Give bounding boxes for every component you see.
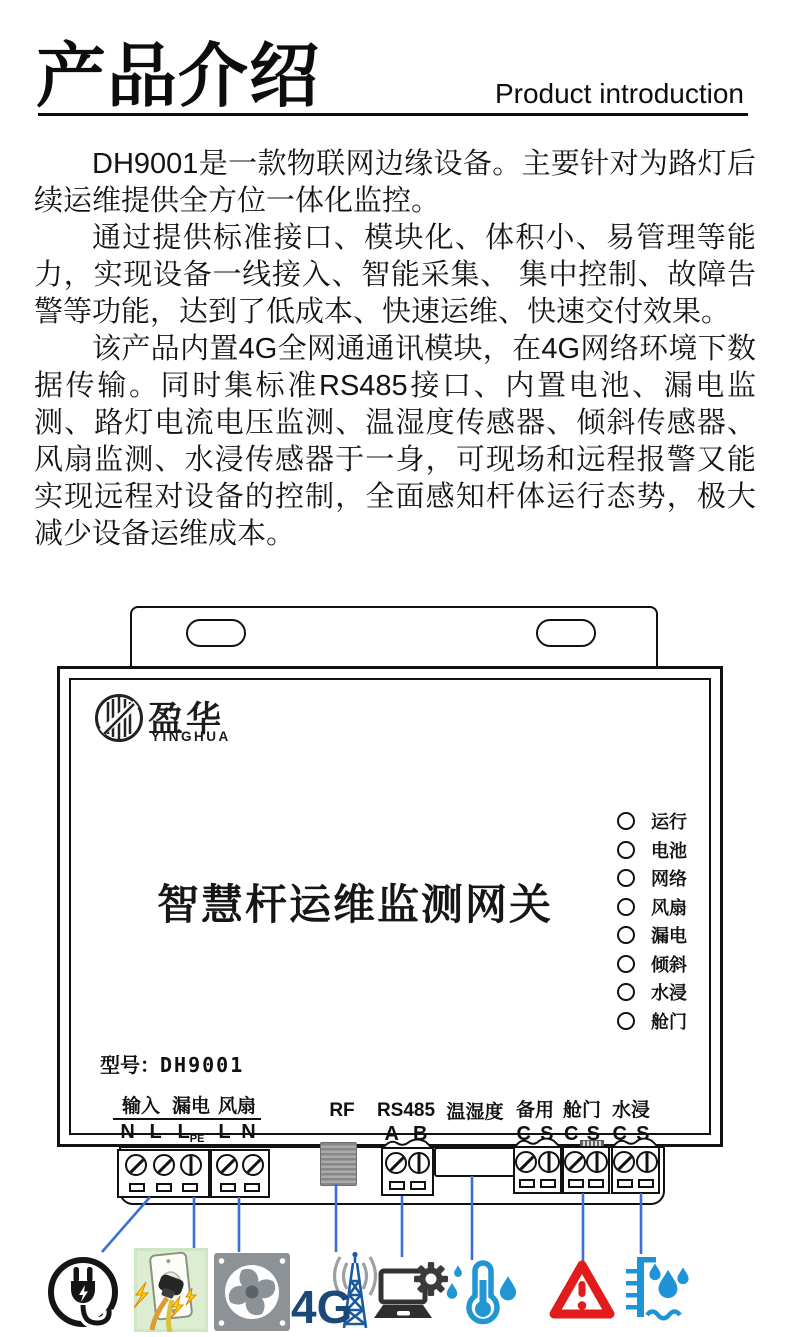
led-row: 运行 — [617, 812, 687, 830]
port-label: RF — [324, 1100, 360, 1122]
led-row: 漏电 — [617, 926, 687, 944]
led-row: 倾斜 — [617, 955, 687, 973]
brand-logo-icon — [94, 690, 144, 748]
water-drops — [649, 1263, 688, 1298]
led-indicator — [617, 841, 635, 859]
level-ruler — [626, 1257, 656, 1317]
led-indicator — [617, 955, 635, 973]
port-label: RS485 — [376, 1100, 436, 1122]
led-label: 漏电 — [651, 922, 687, 948]
port-label: 舱门 — [560, 1100, 604, 1122]
intro-paragraph: DH9001是一款物联网边缘设备。主要针对为路灯后续运维提供全方位一体化监控。 — [34, 146, 756, 220]
bracket-slot — [536, 619, 596, 647]
intro-paragraph: 该产品内置4G全网通通讯模块，在4G网络环境下数据传输。同时集标准RS485接口… — [34, 331, 756, 553]
port-label: 输入 — [113, 1096, 169, 1120]
port-group-input: 输入 N L — [113, 1096, 169, 1143]
water-level-icon — [622, 1254, 692, 1324]
title-divider — [38, 113, 748, 116]
fan-icon — [214, 1253, 290, 1331]
port-group-rf: RF — [324, 1100, 360, 1122]
wire-line — [102, 1197, 150, 1252]
page-title: 产品介绍 — [36, 20, 320, 121]
4g-text: 4G — [291, 1281, 352, 1330]
model-label: 型号： — [100, 1055, 160, 1077]
port-label: 备用 — [512, 1100, 558, 1122]
model-number: 型号：DH9001 — [100, 1049, 244, 1078]
intro-text: DH9001是一款物联网边缘设备。主要针对为路灯后续运维提供全方位一体化监控。 … — [34, 146, 756, 553]
led-indicator-column: 运行 电池 网络 风扇 漏电 倾斜 水浸 舱门 — [617, 812, 687, 1030]
bracket-slot — [186, 619, 246, 647]
laptop-gear-icon — [374, 1258, 452, 1330]
water-wave — [647, 1312, 680, 1319]
warning-triangle-icon — [548, 1258, 616, 1324]
gear — [414, 1262, 448, 1296]
port-group-temp-humidity: 温湿度 — [443, 1102, 507, 1124]
power-plug-icon — [46, 1252, 122, 1332]
led-label: 网络 — [651, 865, 687, 891]
led-row: 风扇 — [617, 898, 687, 916]
led-indicator — [617, 983, 635, 1001]
led-row: 网络 — [617, 869, 687, 887]
led-row: 水浸 — [617, 983, 687, 1001]
port-group-leakage: 漏电 LPE — [167, 1096, 215, 1146]
port-label: 水浸 — [608, 1100, 654, 1122]
model-value: DH9001 — [160, 1053, 244, 1077]
led-label: 舱门 — [651, 1008, 687, 1034]
led-indicator — [617, 812, 635, 830]
led-label: 倾斜 — [651, 951, 687, 977]
port-group-fan: 风扇 L N — [213, 1096, 261, 1143]
intro-paragraph: 通过提供标准接口、模块化、体积小、易管理等能力，实现设备一线接入、智能采集、 集… — [34, 220, 756, 331]
led-indicator — [617, 1012, 635, 1030]
led-row: 舱门 — [617, 1012, 687, 1030]
led-label: 水浸 — [651, 979, 687, 1005]
port-group-door: 舱门 C S — [560, 1100, 604, 1145]
4g-antenna-icon: 4G — [291, 1250, 383, 1330]
led-indicator — [617, 869, 635, 887]
product-name: 智慧杆运维监测网关 — [120, 872, 590, 932]
port-label: 漏电 — [167, 1096, 215, 1120]
led-indicator — [617, 926, 635, 944]
port-label: 风扇 — [213, 1096, 261, 1120]
led-label: 风扇 — [651, 894, 687, 920]
thermometer-humidity-icon — [444, 1260, 522, 1328]
led-label: 电池 — [651, 837, 687, 863]
product-intro-page: 产品介绍 Product introduction DH9001是一款物联网边缘… — [0, 0, 790, 1337]
outlet-leakage-icon — [134, 1248, 208, 1332]
brand-name-en: YINGHUA — [151, 729, 231, 744]
port-label: 温湿度 — [443, 1102, 507, 1124]
led-label: 运行 — [651, 808, 687, 834]
led-row: 电池 — [617, 841, 687, 859]
led-indicator — [617, 898, 635, 916]
page-subtitle: Product introduction — [495, 78, 744, 110]
